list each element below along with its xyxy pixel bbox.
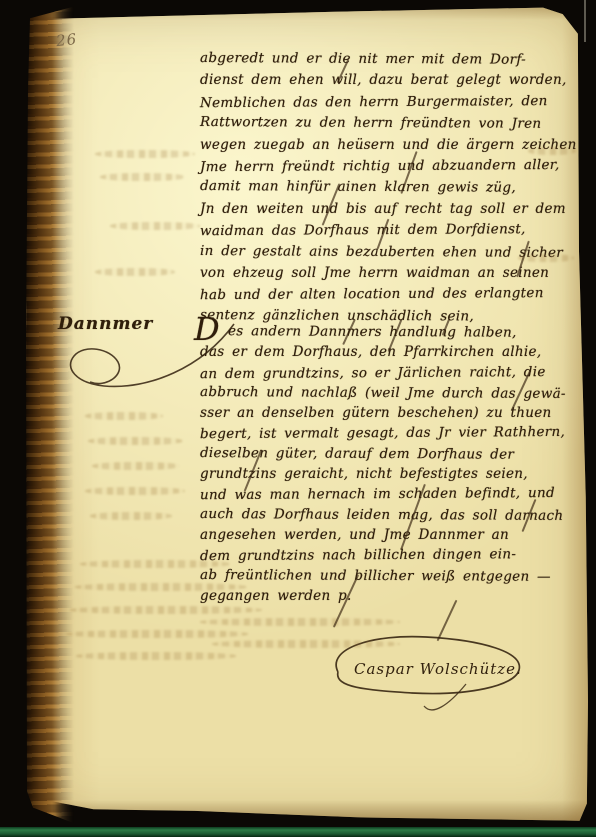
bleed-through-text-line [100, 173, 185, 181]
manuscript-line: begert, ist vermalt gesagt, das Jr vier … [200, 422, 582, 445]
manuscript-line: dem grundtzins nach billichen dingen ein… [200, 544, 582, 567]
manuscript-line: wegen zuegab an heüsern und die ärgern z… [200, 135, 580, 156]
manuscript-line: grundtzins geraicht, nicht befestigtes s… [200, 464, 582, 484]
manuscript-line: Jme herrn freündt richtig und abzuandern… [200, 155, 580, 179]
manuscript-line: waidman das Dorfhaus mit dem Dorfdienst, [200, 219, 580, 243]
manuscript-line: von ehzeug soll Jme herrn waidman an sei… [200, 263, 580, 284]
manuscript-line: und was man hernach im schaden befindt, … [200, 483, 582, 506]
signature-text: Caspar Wolschütze. [354, 660, 522, 678]
bleed-through-text-line [528, 147, 576, 155]
bleed-through-text-line [85, 412, 163, 420]
manuscript-line: gegangen werden p. [200, 586, 582, 606]
book-binding-edge [26, 6, 76, 824]
manuscript-line: dienst dem ehen will, dazu berat gelegt … [200, 70, 580, 91]
bleed-through-text-line [95, 268, 175, 276]
manuscript-line: hab und der alten location und des erlan… [200, 283, 580, 307]
bleed-through-text-line [70, 606, 262, 614]
manuscript-line: damit man hinfür ainen klaren gewis züg, [200, 176, 580, 199]
folio-number: 26 [55, 30, 78, 50]
manuscript-line: sser an denselben gütern beschehen) zu t… [200, 403, 582, 423]
signature-tail-icon [424, 684, 466, 710]
bleed-through-text-line [88, 437, 183, 445]
bleed-through-text-line [80, 560, 230, 568]
bleed-through-text-line [66, 630, 248, 638]
bleed-through-text-line [75, 583, 247, 591]
bleed-through-text-line [90, 512, 172, 520]
manuscript-line: Rattwortzen zu den herrn freündten von J… [200, 112, 580, 135]
manuscript-line: ab freüntlichen und billicher weiß entge… [200, 565, 582, 587]
paragraph-1: abgeredt und er die nit mer mit dem Dorf… [200, 49, 580, 327]
manuscript-scan: 26 abgeredt und er die nit mer mit dem D… [0, 0, 596, 837]
manuscript-line: Nemblichen das den herrn Burgermaister, … [200, 91, 580, 115]
bleed-through-text-line [212, 640, 400, 648]
bleed-through-text-line [95, 150, 195, 158]
bleed-through-text-line [85, 487, 185, 495]
manuscript-line: abgeredt und er die nit mer mit dem Dorf… [200, 48, 580, 71]
bleed-through-text-line [110, 222, 200, 230]
paragraph-2: es andern Dannmers handlung halben,das e… [200, 322, 582, 606]
page-edge-highlight [584, 0, 586, 42]
bleed-through-text-line [92, 462, 180, 470]
manuscript-line: abbruch und nachlaß (weil Jme durch das … [200, 382, 582, 404]
bleed-through-text-line [200, 618, 400, 626]
bleed-through-text-line [518, 254, 574, 262]
scan-calibration-bar [0, 827, 596, 837]
bleed-through-text-line [76, 652, 236, 660]
manuscript-line: Jn den weiten und bis auf recht tag soll… [200, 199, 580, 220]
